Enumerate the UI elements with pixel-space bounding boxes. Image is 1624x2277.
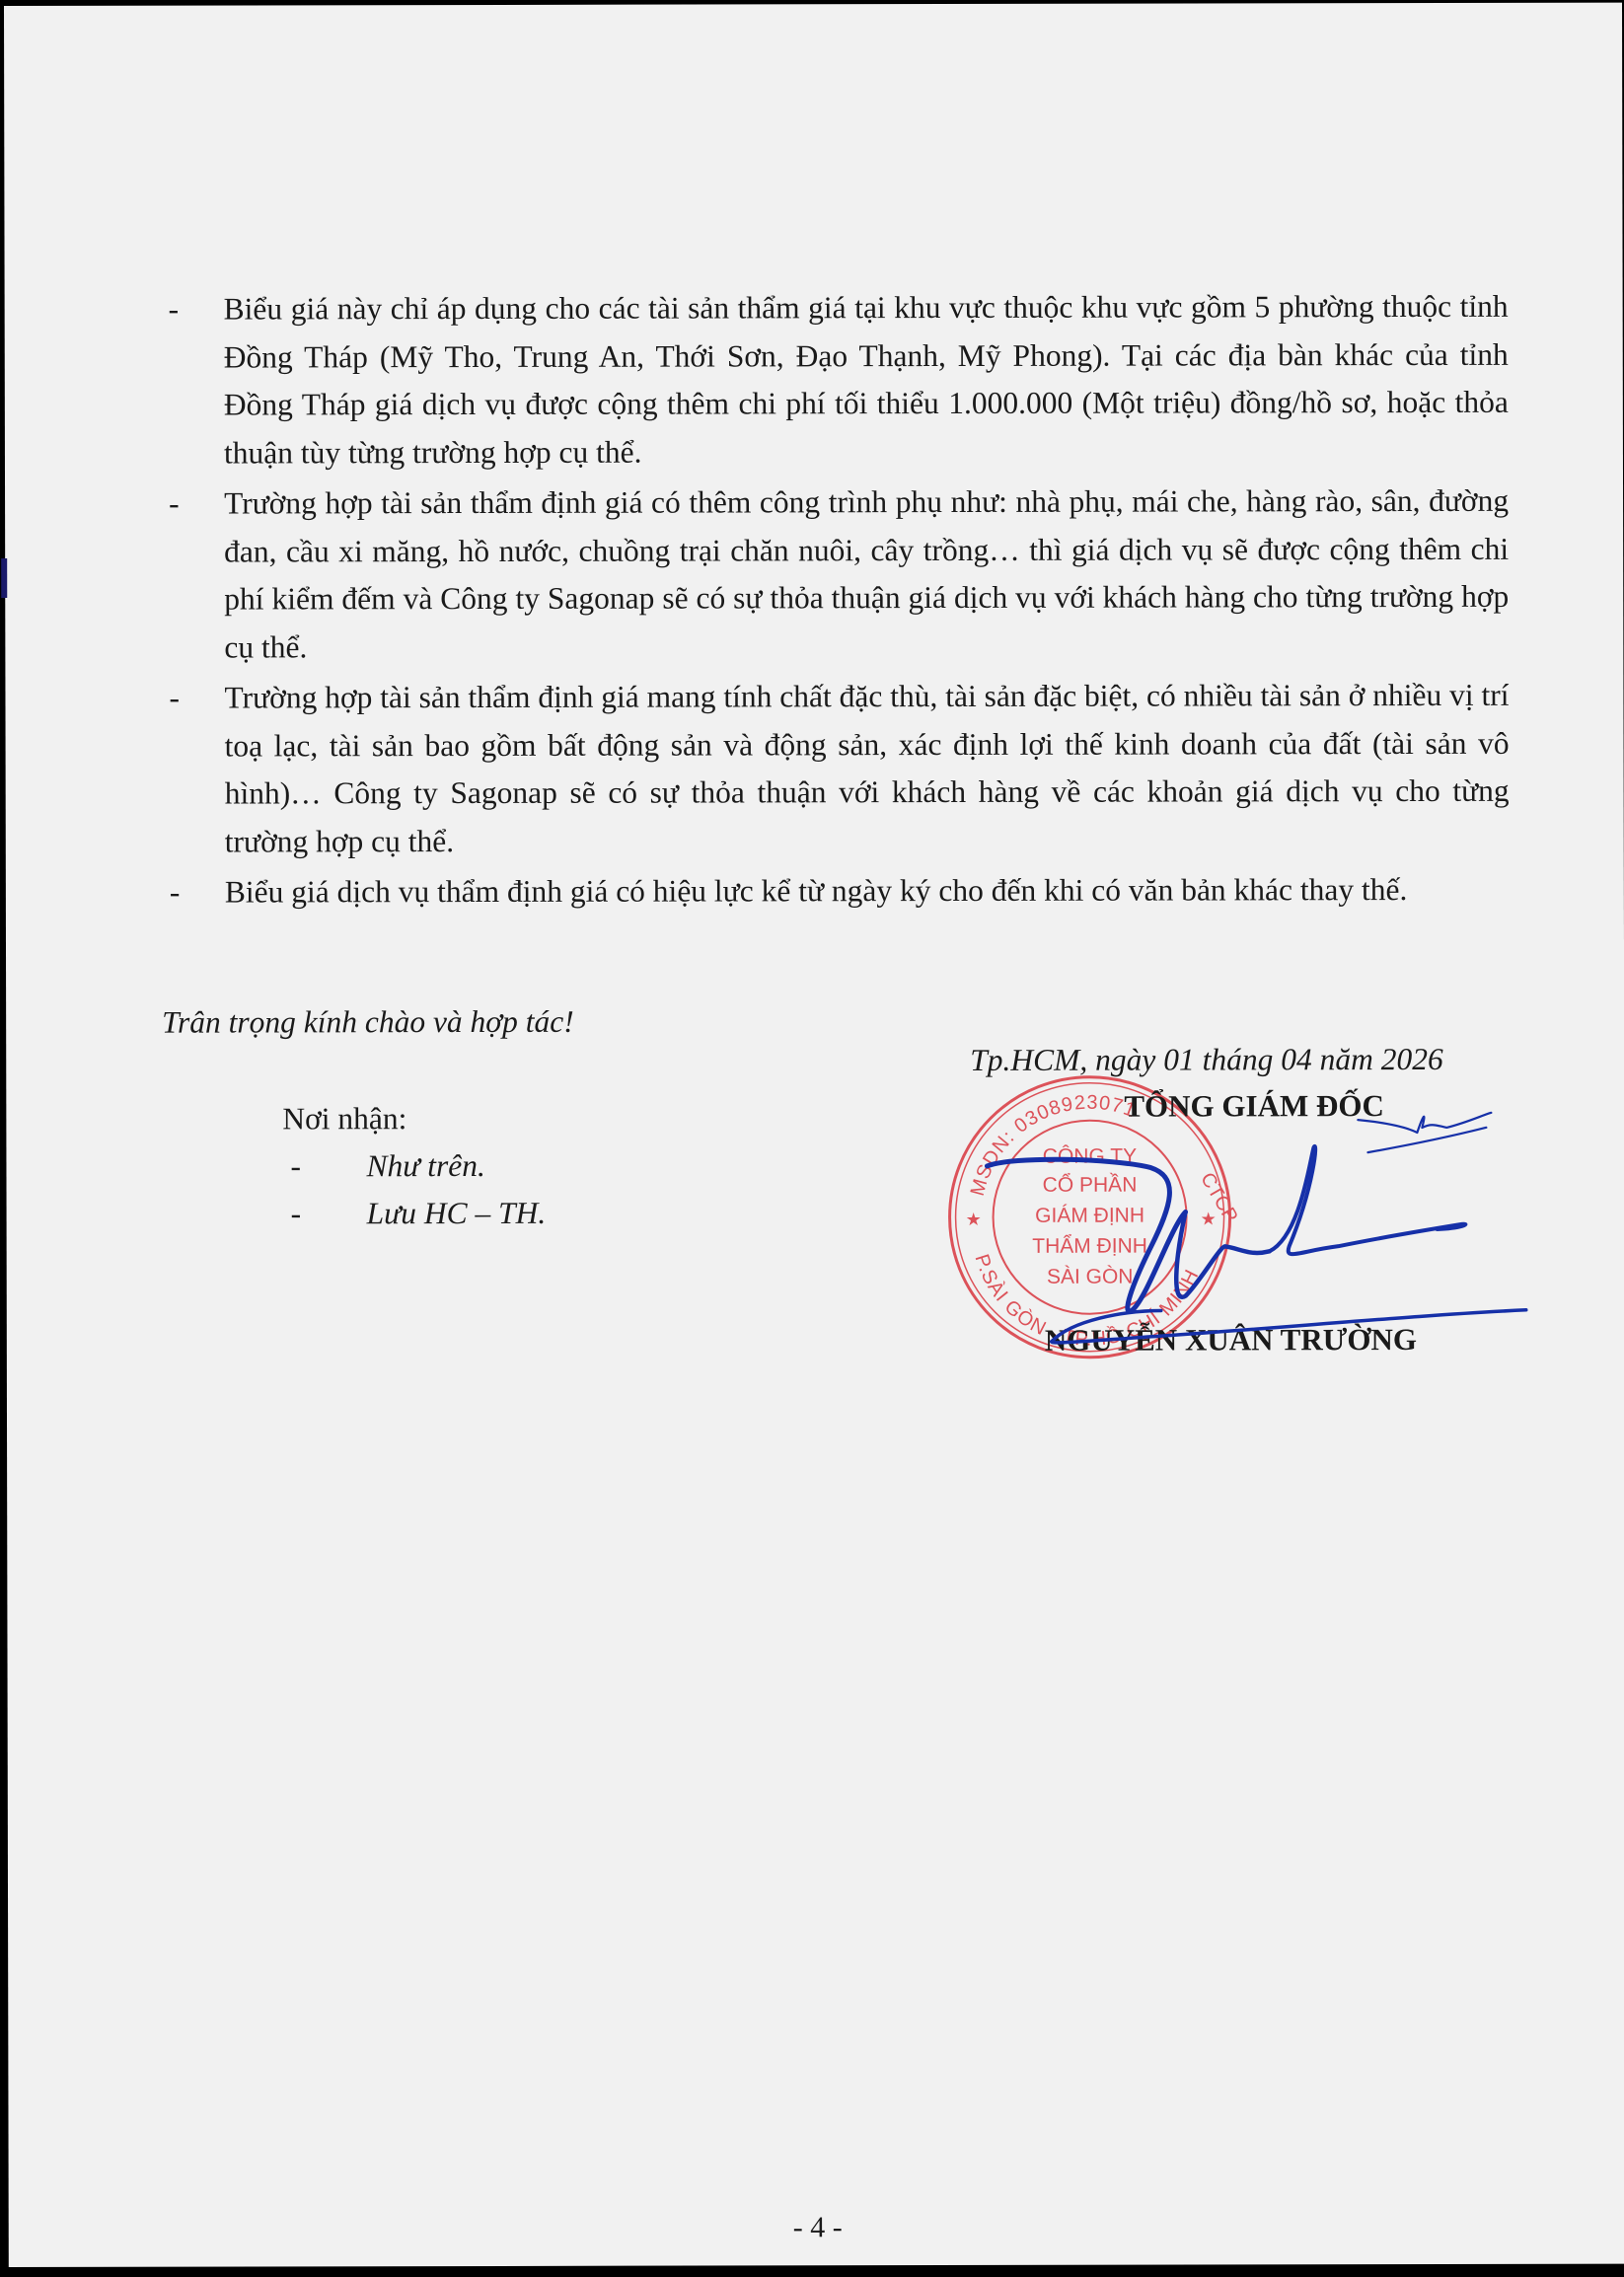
document-page: - Biểu giá này chỉ áp dụng cho các tài s… [4,3,1624,2267]
bullet-dash: - [165,286,224,477]
recipient-item: - Lưu HC – TH. [283,1190,547,1238]
handwritten-signature-icon [973,1098,1546,1346]
term-text: Trường hợp tài sản thẩm định giá mang tí… [224,672,1509,866]
terms-list: - Biểu giá này chỉ áp dụng cho các tài s… [165,283,1510,919]
bullet-dash: - [166,869,225,918]
term-text: Trường hợp tài sản thẩm định giá có thêm… [224,477,1509,672]
recipients-block: Nơi nhận: - Như trên. - Lưu HC – TH. [282,1095,546,1238]
bullet-dash: - [165,480,224,672]
term-text: Biểu giá dịch vụ thẩm định giá có hiệu l… [225,866,1510,917]
scan-edge-mark [1,558,7,598]
bullet-dash: - [165,675,224,866]
recipient-dash: - [283,1190,367,1237]
term-text: Biểu giá này chỉ áp dụng cho các tài sản… [224,283,1509,477]
term-item: - Trường hợp tài sản thẩm định giá mang … [165,672,1509,866]
page-number: - 4 - [9,2210,1624,2246]
closing-line: Trân trọng kính chào và hợp tác! [162,1004,574,1041]
recipient-text: Như trên. [366,1142,485,1190]
term-item: - Biểu giá dịch vụ thẩm định giá có hiệu… [166,866,1510,917]
recipient-dash: - [282,1142,366,1190]
recipients-title: Nơi nhận: [282,1095,546,1143]
recipient-item: - Như trên. [282,1142,546,1191]
term-item: - Trường hợp tài sản thẩm định giá có th… [165,477,1509,672]
term-item: - Biểu giá này chỉ áp dụng cho các tài s… [165,283,1509,477]
recipient-text: Lưu HC – TH. [367,1190,547,1237]
